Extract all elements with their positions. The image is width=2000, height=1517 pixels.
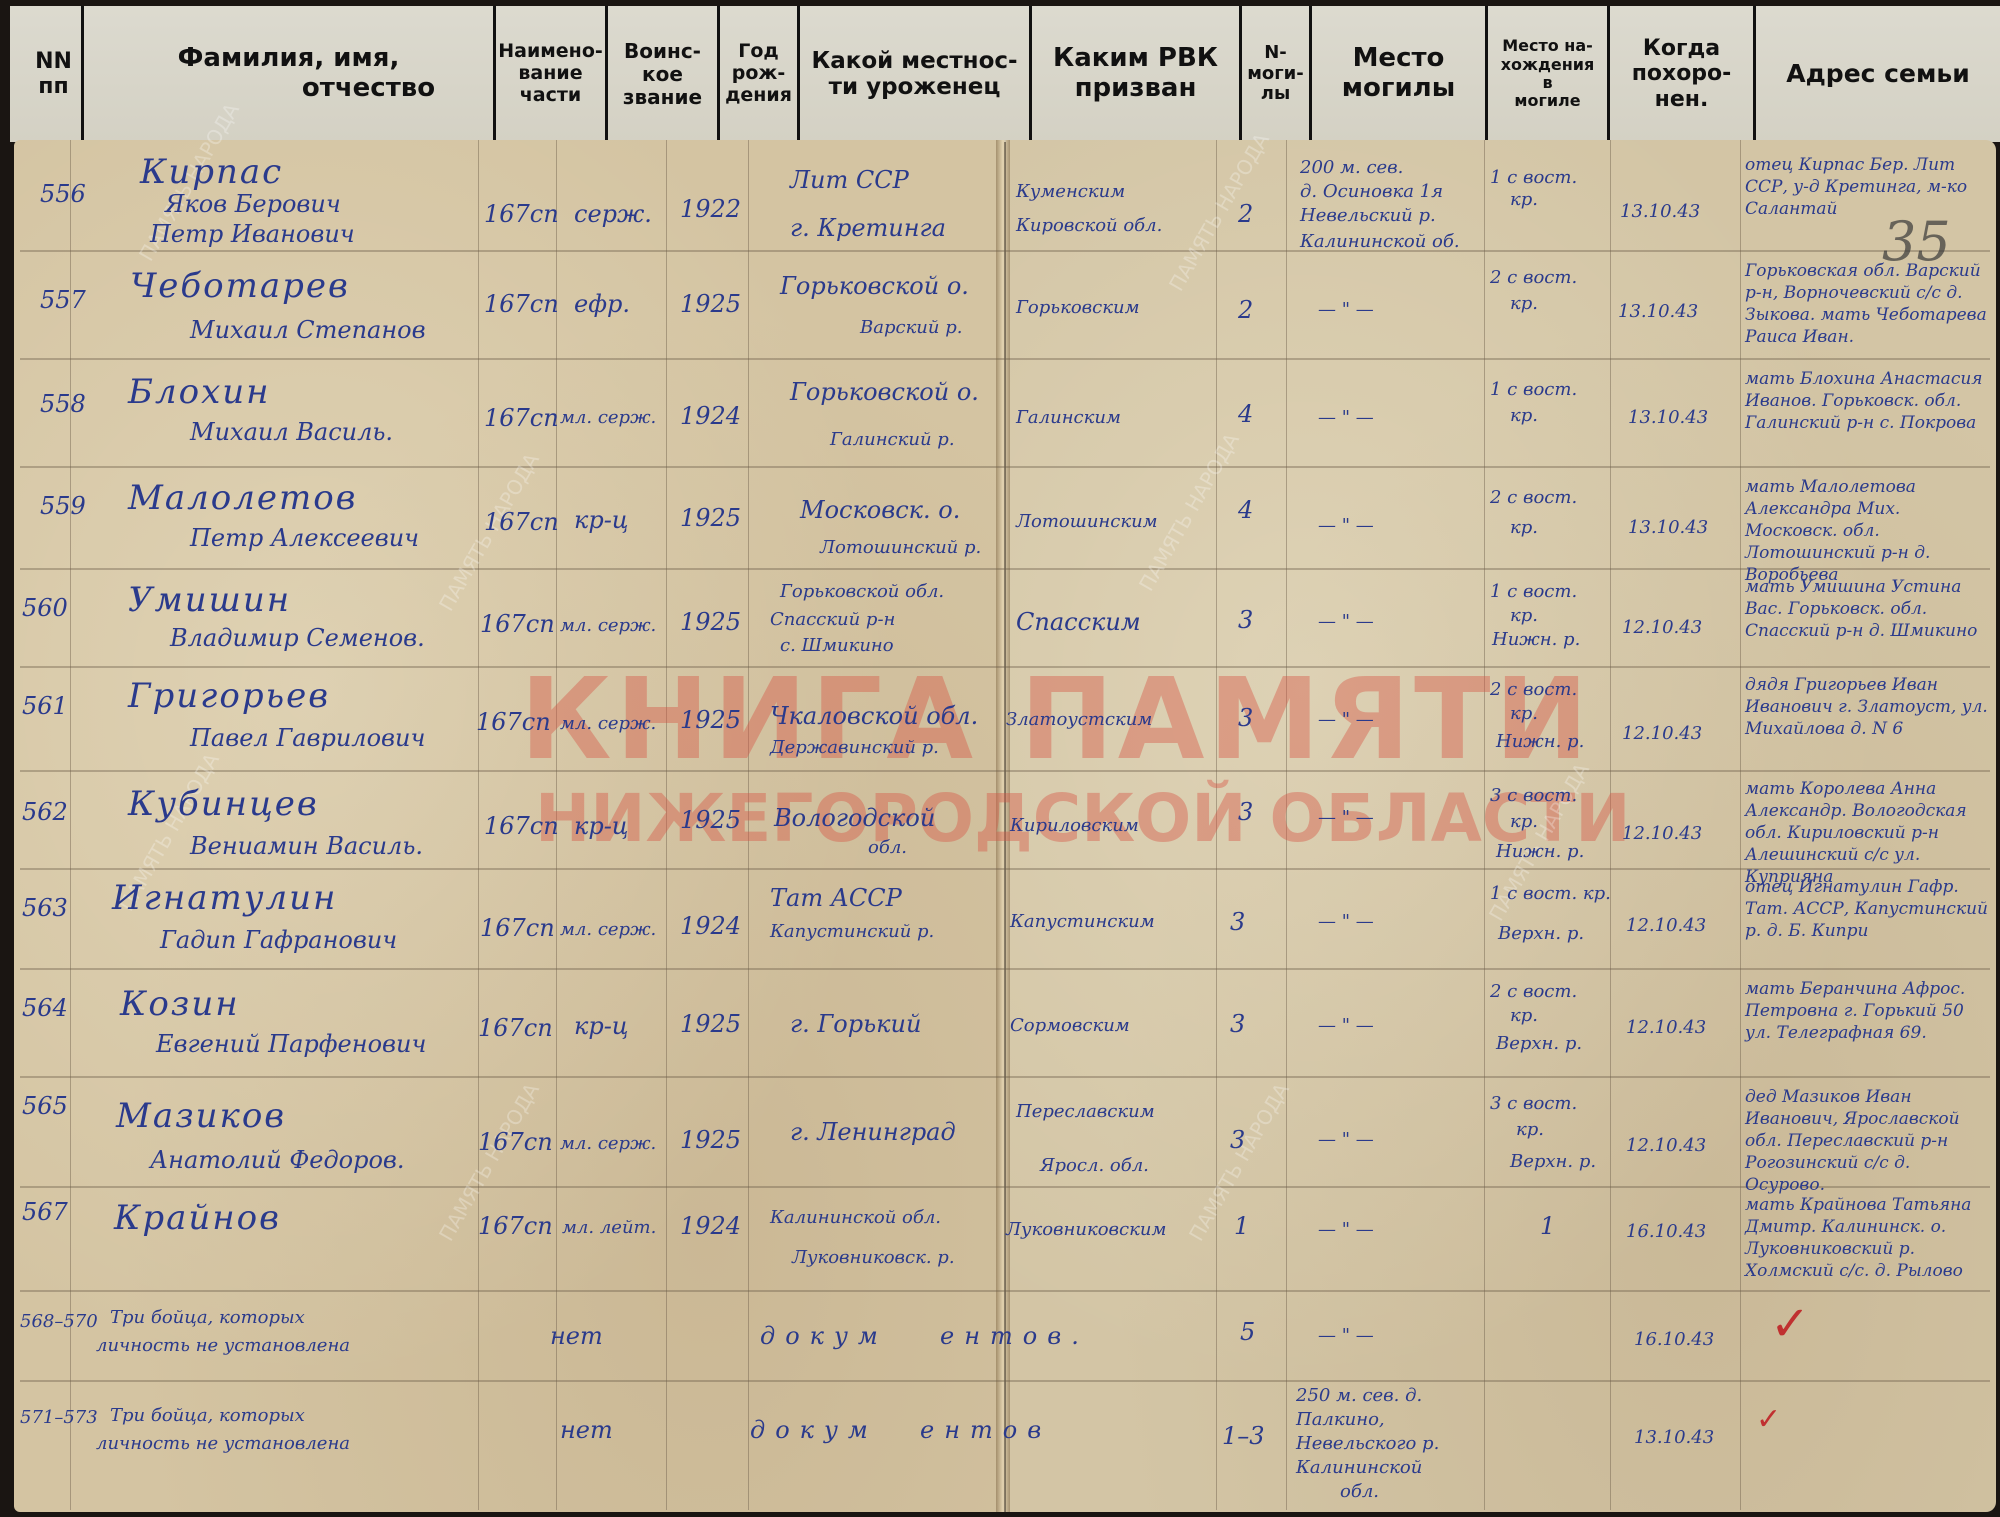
rvk: Галинским — [1016, 406, 1121, 430]
rvk: Переславским — [1016, 1100, 1155, 1124]
unit: 167сп — [478, 1212, 553, 1240]
position-in-grave: 1 — [1540, 1212, 1555, 1240]
rvk: Куменским — [1016, 180, 1125, 204]
position-in-grave: 3 с вост. — [1490, 1092, 1577, 1116]
row-number: 564 — [22, 994, 68, 1022]
row-number: 567 — [22, 1198, 68, 1226]
grave-place: — " — — [1318, 610, 1374, 634]
position-in-grave: кр. — [1510, 604, 1538, 628]
origin: Горьковской о. — [790, 378, 979, 406]
grave-place: 200 м. сев. — [1300, 156, 1403, 180]
family-address: отец Кирпас Бер. Лит ССР, у-д Кретинга, … — [1745, 154, 1995, 220]
given-name: Яков Берович — [165, 190, 341, 218]
position-in-grave: кр. — [1510, 404, 1538, 428]
grave-place: Калининской об. — [1300, 230, 1460, 254]
unit: 167сп — [484, 812, 559, 840]
grave-place: — " — — [1318, 514, 1374, 538]
grave-place: — " — — [1318, 298, 1374, 322]
burial-date: 12.10.43 — [1626, 1016, 1706, 1040]
grave-place: — " — — [1318, 406, 1374, 430]
unidentified-note: личность не установлена — [96, 1432, 350, 1456]
birth-year: 1925 — [680, 608, 741, 636]
surname: Умишин — [128, 580, 291, 620]
family-address: мать Крайнова Татьяна Дмитр. Калининск. … — [1745, 1194, 1995, 1282]
rvk: Яросл. обл. — [1040, 1154, 1149, 1178]
row-number: 568–570 — [20, 1310, 98, 1334]
given-name: Михаил Степанов — [190, 316, 426, 344]
position-in-grave: 2 с вост. — [1490, 678, 1577, 702]
rank: мл. серж. — [560, 614, 656, 638]
surname: Малолетов — [128, 478, 357, 518]
grave-number: 3 — [1238, 798, 1253, 826]
position-in-grave: 1 с вост. — [1490, 580, 1577, 604]
position-in-grave: Нижн. р. — [1496, 840, 1584, 864]
rvk: Капустинским — [1010, 910, 1155, 934]
grave-number: 2 — [1238, 200, 1253, 228]
rank: кр-ц — [574, 506, 629, 534]
position-in-grave: 1 с вост. кр. — [1490, 882, 1611, 906]
surname: Игнатулин — [112, 878, 337, 918]
origin: Державинский р. — [770, 736, 939, 760]
family-address: мать Блохина Анастасия Иванов. Горьковск… — [1745, 368, 1995, 434]
unit: 167сп — [476, 708, 551, 736]
rank: мл. серж. — [560, 918, 656, 942]
rank: мл. серж. — [560, 1132, 656, 1156]
surname: Мазиков — [116, 1096, 286, 1136]
position-in-grave: 2 с вост. — [1490, 980, 1577, 1004]
family-address: мать Малолетова Александра Мих. Московск… — [1745, 476, 1995, 586]
grave-place: — " — — [1318, 806, 1374, 830]
header-col-grave-no: N-моги-лы — [1242, 6, 1312, 142]
header-col-buried: Когдапохоро-нен. — [1610, 6, 1756, 142]
surname: Григорьев — [128, 676, 330, 716]
position-in-grave: кр. — [1510, 1004, 1538, 1028]
position-in-grave: Нижн. р. — [1496, 730, 1584, 754]
grave-place: — " — — [1318, 1014, 1374, 1038]
unit: 167сп — [484, 508, 559, 536]
row-number: 558 — [40, 390, 86, 418]
position-in-grave: кр. — [1510, 188, 1538, 212]
grid-line — [1484, 140, 1485, 1510]
origin: ентов. — [940, 1322, 1089, 1350]
surname: Козин — [120, 984, 240, 1024]
surname: Кубинцев — [128, 784, 319, 824]
grid-line — [478, 140, 479, 1510]
origin: Московск. о. — [800, 496, 960, 524]
burial-date: 12.10.43 — [1622, 616, 1702, 640]
checkmark-icon: ✓ — [1756, 1402, 1781, 1437]
grave-number: 5 — [1240, 1318, 1255, 1346]
origin: с. Шмикино — [780, 634, 894, 658]
birth-year: 1922 — [680, 195, 741, 223]
given-name: Владимир Семенов. — [170, 624, 425, 652]
book-spine — [996, 140, 1010, 1512]
origin: Горьковской о. — [780, 272, 969, 300]
unit: 167сп — [484, 404, 559, 432]
given-name: Петр Алексеевич — [190, 524, 419, 552]
rank: серж. — [574, 200, 652, 228]
family-address: отец Игнатулин Гафр. Тат. АССР, Капустин… — [1745, 876, 1995, 942]
burial-date: 13.10.43 — [1634, 1426, 1714, 1450]
grave-place: Невельского р. — [1296, 1432, 1439, 1456]
origin: Лотошинский р. — [820, 536, 981, 560]
surname: Чеботарев — [130, 266, 350, 306]
grid-line — [1740, 140, 1741, 1510]
position-in-grave: кр. — [1510, 516, 1538, 540]
burial-date: 13.10.43 — [1628, 406, 1708, 430]
checkmark-icon: ✓ — [1770, 1296, 1810, 1352]
unit: 167сп — [484, 290, 559, 318]
grid-line — [748, 140, 749, 1510]
family-address: дед Мазиков Иван Иванович, Ярославской о… — [1745, 1086, 1995, 1196]
row-number: 556 — [40, 180, 86, 208]
birth-year: 1925 — [680, 290, 741, 318]
grave-number: 4 — [1238, 496, 1253, 524]
given-name: Павел Гаврилович — [190, 724, 425, 752]
grave-place: Невельский р. — [1300, 204, 1436, 228]
header-col-grave-place: Местомогилы — [1312, 6, 1488, 142]
row-number: 561 — [22, 692, 68, 720]
rank: кр-ц — [574, 1012, 629, 1040]
header-col-year: Годрож-дения — [720, 6, 800, 142]
table-header: NNпп Фамилия, имя,отчество Наимено-вание… — [10, 6, 2000, 142]
burial-date: 12.10.43 — [1622, 722, 1702, 746]
burial-date: 12.10.43 — [1626, 1134, 1706, 1158]
position-in-grave: Верхн. р. — [1510, 1150, 1596, 1174]
rvk: Спасским — [1016, 608, 1141, 636]
grave-number: 1 — [1234, 1212, 1249, 1240]
unit: 167сп — [480, 610, 555, 638]
position-in-grave: 3 с вост. — [1490, 784, 1577, 808]
birth-year: 1925 — [680, 504, 741, 532]
given-name: Михаил Василь. — [190, 418, 393, 446]
unidentified-note: личность не установлена — [96, 1334, 350, 1358]
header-col-rvk: Каким РВКпризван — [1032, 6, 1242, 142]
rank: мл. серж. — [560, 406, 656, 430]
position-in-grave: кр. — [1510, 810, 1538, 834]
origin: г. Кретинга — [790, 214, 946, 242]
header-col-fio: Фамилия, имя,отчество — [84, 6, 496, 142]
position-in-grave: 1 с вост. — [1490, 378, 1577, 402]
header-col-nn: NNпп — [26, 6, 84, 142]
rvk: Горьковским — [1016, 296, 1140, 320]
rank: нет — [550, 1322, 603, 1350]
position-in-grave: Нижн. р. — [1492, 628, 1580, 652]
origin: докум — [750, 1416, 878, 1444]
grave-number: 1–3 — [1222, 1422, 1265, 1450]
rank: мл. лейт. — [562, 1216, 656, 1240]
grid-line — [70, 140, 71, 1510]
rank: нет — [560, 1416, 613, 1444]
position-in-grave: 2 с вост. — [1490, 486, 1577, 510]
rank: мл. серж. — [560, 712, 656, 736]
unit: 167сп — [478, 1014, 553, 1042]
given-name: Анатолий Федоров. — [150, 1146, 405, 1174]
row-number: 565 — [22, 1092, 68, 1120]
birth-year: 1925 — [680, 706, 741, 734]
origin: Варский р. — [860, 316, 962, 340]
grave-place: обл. — [1340, 1480, 1379, 1504]
rvk: Луковниковским — [1006, 1218, 1166, 1242]
origin: г. Горький — [790, 1010, 921, 1038]
grave-place: — " — — [1318, 910, 1374, 934]
grave-place: д. Осиновка 1я — [1300, 180, 1443, 204]
birth-year: 1924 — [680, 402, 741, 430]
origin: обл. — [868, 836, 907, 860]
given-name: Петр Иванович — [150, 220, 355, 248]
rvk: Златоустским — [1006, 708, 1152, 732]
rvk: Кириловским — [1010, 814, 1139, 838]
position-in-grave: кр. — [1510, 702, 1538, 726]
unidentified-note: Три бойца, которых — [110, 1306, 305, 1330]
origin: Калининской обл. — [770, 1206, 941, 1230]
position-in-grave: 2 с вост. — [1490, 266, 1577, 290]
origin: Лит ССР — [790, 166, 909, 194]
row-number: 562 — [22, 798, 68, 826]
burial-date: 16.10.43 — [1626, 1220, 1706, 1244]
position-in-grave: 1 с вост. — [1490, 166, 1577, 190]
rank: ефр. — [574, 290, 630, 318]
grid-line — [1610, 140, 1611, 1510]
family-address: Горьковская обл. Варский р-н, Ворночевск… — [1745, 260, 1995, 348]
grave-number: 3 — [1238, 606, 1253, 634]
row-number: 571–573 — [20, 1406, 98, 1430]
header-col-origin: Какой местнос-ти уроженец — [800, 6, 1032, 142]
origin: Галинский р. — [830, 428, 955, 452]
origin: Капустинский р. — [770, 920, 934, 944]
origin: Вологодской — [774, 804, 935, 832]
origin: Спасский р-н — [770, 608, 895, 632]
burial-date: 12.10.43 — [1622, 822, 1702, 846]
surname: Блохин — [128, 372, 271, 412]
grave-place: 250 м. сев. д. — [1296, 1384, 1422, 1408]
rank: кр-ц — [574, 812, 629, 840]
grave-place: — " — — [1318, 1324, 1374, 1348]
grave-place: — " — — [1318, 1218, 1374, 1242]
birth-year: 1924 — [680, 912, 741, 940]
header-col-unit: Наимено-ваниечасти — [496, 6, 608, 142]
birth-year: 1925 — [680, 1126, 741, 1154]
burial-date: 16.10.43 — [1634, 1328, 1714, 1352]
family-address: мать Беранчина Афрос. Петровна г. Горьки… — [1745, 978, 1995, 1044]
unit: 167сп — [478, 1128, 553, 1156]
grave-place: — " — — [1318, 708, 1374, 732]
rvk: Лотошинским — [1016, 510, 1158, 534]
grave-number: 3 — [1230, 1126, 1245, 1154]
position-in-grave: Верхн. р. — [1496, 1032, 1582, 1056]
row-number: 559 — [40, 492, 86, 520]
rvk: Сормовским — [1010, 1014, 1130, 1038]
birth-year: 1924 — [680, 1212, 741, 1240]
birth-year: 1925 — [680, 1010, 741, 1038]
burial-date: 13.10.43 — [1628, 516, 1708, 540]
grid-line — [1216, 140, 1217, 1510]
grid-line — [1286, 140, 1287, 1510]
grid-line — [666, 140, 667, 1510]
unit: 167сп — [480, 914, 555, 942]
row-number: 560 — [22, 594, 68, 622]
grave-number: 4 — [1238, 400, 1253, 428]
grave-number: 3 — [1238, 704, 1253, 732]
origin: Луковниковск. р. — [792, 1246, 955, 1270]
surname: Крайнов — [114, 1198, 281, 1238]
grave-place: Палкино, — [1296, 1408, 1385, 1432]
grave-number: 3 — [1230, 1010, 1245, 1038]
header-col-family: Адрес семьи — [1756, 6, 2000, 142]
burial-date: 13.10.43 — [1618, 300, 1698, 324]
grave-place: — " — — [1318, 1128, 1374, 1152]
rvk: Кировской обл. — [1016, 214, 1162, 238]
header-col-position: Место на-хождениявмогиле — [1488, 6, 1610, 142]
birth-year: 1925 — [680, 806, 741, 834]
burial-date: 13.10.43 — [1620, 200, 1700, 224]
unit: 167сп — [484, 200, 559, 228]
grave-number: 3 — [1230, 908, 1245, 936]
origin: Горьковской обл. — [780, 580, 944, 604]
row-number: 563 — [22, 894, 68, 922]
origin: ентов — [920, 1416, 1051, 1444]
surname: Кирпас — [140, 152, 283, 192]
origin: Тат АССР — [770, 884, 902, 912]
given-name: Евгений Парфенович — [156, 1030, 426, 1058]
given-name: Вениамин Василь. — [190, 832, 423, 860]
origin: г. Ленинград — [790, 1118, 956, 1146]
burial-date: 12.10.43 — [1626, 914, 1706, 938]
grave-number: 2 — [1238, 296, 1253, 324]
row-number: 557 — [40, 286, 86, 314]
origin: докум — [760, 1322, 888, 1350]
family-address: мать Королева Анна Александр. Вологодска… — [1745, 778, 1995, 888]
given-name: Гадип Гафранович — [160, 926, 397, 954]
header-col-rank: Воинс-коезвание — [608, 6, 720, 142]
family-address: дядя Григорьев Иван Иванович г. Златоуст… — [1745, 674, 1995, 740]
unidentified-note: Три бойца, которых — [110, 1404, 305, 1428]
position-in-grave: кр. — [1516, 1118, 1544, 1142]
position-in-grave: кр. — [1510, 292, 1538, 316]
grave-place: Калининской — [1296, 1456, 1422, 1480]
origin: Чкаловской обл. — [770, 702, 978, 730]
family-address: мать Умишина Устина Вас. Горьковск. обл.… — [1745, 576, 1995, 642]
position-in-grave: Верхн. р. — [1498, 922, 1584, 946]
